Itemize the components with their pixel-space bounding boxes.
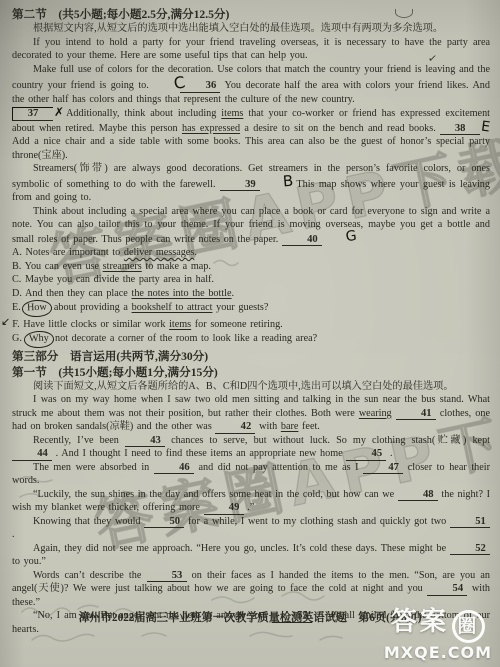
cloze-blank-37: 37 bbox=[12, 107, 53, 121]
handwritten-mark: B bbox=[261, 174, 293, 190]
brand-circle-icon: 圈 bbox=[452, 610, 485, 643]
text-run: Additionally, think about including bbox=[66, 108, 221, 119]
text-run: chances to serve, but without luck. So m… bbox=[165, 435, 490, 446]
answer-site-watermark: 答案圈 MXQE.COM bbox=[384, 605, 492, 662]
paragraph: C. Maybe you can divide the party area i… bbox=[12, 273, 490, 287]
cloze-blank-41: 41 bbox=[396, 408, 436, 421]
paragraph: Again, they did not see me approach. “He… bbox=[12, 542, 490, 569]
text-run: . bbox=[194, 247, 197, 258]
paragraph: A. Notes are important to deliver messag… bbox=[12, 246, 490, 260]
handwritten-mark: ✗ bbox=[54, 106, 64, 120]
handwritten-mark: G bbox=[324, 229, 357, 247]
text-run: B. You can even use bbox=[12, 261, 103, 272]
paragraph: “Luckily, the sun shines in the day and … bbox=[12, 488, 490, 515]
text-run: Think about including a special area whe… bbox=[12, 206, 490, 245]
text-run: “Luckily, the sun shines in the day and … bbox=[33, 489, 398, 500]
brand-name: 答案圈 bbox=[384, 605, 492, 643]
text-run: Words can’t describe the bbox=[33, 570, 147, 581]
text-run: Add a nice chair and a side table with s… bbox=[12, 136, 490, 161]
text-run: . bbox=[232, 288, 235, 299]
paragraph: D. And then they can place the notes int… bbox=[12, 287, 490, 301]
text-run: not decorate a corner of the room to loo… bbox=[51, 333, 317, 344]
brand-text: 答案 bbox=[391, 607, 449, 637]
text-run: to you.” bbox=[12, 556, 46, 567]
paragraph: Think about including a special area whe… bbox=[12, 205, 490, 247]
cloze-blank-52: 52 bbox=[450, 543, 490, 556]
section-heading: 第二节 (共5小题;每小题2.5分,满分12.5分) bbox=[12, 7, 490, 22]
paragraph: B. You can even use streamers to make a … bbox=[12, 260, 490, 274]
text-run: . And I thought I need to find these ite… bbox=[52, 448, 346, 459]
text-run: If you intend to hold a party for your f… bbox=[12, 37, 490, 62]
handwritten-mark: ↙ bbox=[1, 315, 10, 329]
text-run: . bbox=[12, 529, 15, 540]
section-heading: 第三部分 语言运用(共两节,满分30分) bbox=[12, 349, 490, 364]
cloze-blank-40: 40 bbox=[282, 234, 322, 247]
paragraph: ↙F. Have little clocks or similar work i… bbox=[12, 317, 490, 332]
text-run: and did not pay attention to me as I bbox=[194, 462, 363, 473]
text-run: 根据短文内容,从短文后的选项中选出能填入空白处的最佳选项。选项中有两项为多余选项… bbox=[33, 23, 443, 34]
text-run: for a while, I went to my clothing stash… bbox=[184, 516, 450, 527]
text-run: Recently, I’ve been bbox=[33, 435, 125, 446]
paragraph: Streamers(饰带) are always good decoration… bbox=[12, 162, 490, 205]
cloze-blank-39: 39 bbox=[220, 179, 260, 192]
underlined-text: wearing bbox=[359, 408, 392, 419]
paragraph: The men were absorbed in 46 and did not … bbox=[12, 461, 490, 488]
cloze-blank-43: 43 bbox=[125, 435, 165, 448]
text-run: feet. bbox=[298, 421, 319, 432]
paragraph: Make full use of colors for the decorati… bbox=[12, 63, 490, 107]
cloze-blank-45: 45 bbox=[346, 448, 386, 461]
underlined-text: has expressed bbox=[182, 123, 240, 134]
cloze-blank-42: 42 bbox=[215, 421, 255, 434]
paragraph: 根据短文内容,从短文后的选项中选出能填入空白处的最佳选项。选项中有两项为多余选项… bbox=[12, 22, 490, 36]
paragraph: If you intend to hold a party for your f… bbox=[12, 36, 490, 63]
underlined-text: streamers bbox=[103, 261, 142, 272]
pen-check-icon: ✓ bbox=[427, 51, 438, 65]
text-run: Again, they did not see me approach. “He… bbox=[33, 543, 450, 554]
cloze-blank-47: 47 bbox=[363, 462, 403, 475]
cloze-blank-50: 50 bbox=[144, 516, 184, 529]
text-run: . bbox=[386, 448, 392, 459]
text-run: for someone retiring. bbox=[191, 319, 283, 330]
text-run: F. Have little clocks or similar work bbox=[12, 319, 169, 330]
cloze-blank-44: 44 bbox=[12, 448, 52, 461]
wavy-underlined-text: deliver messages bbox=[124, 247, 194, 258]
section-heading: 第一节 (共15小题;每小题1分,满分15分) bbox=[12, 365, 490, 380]
paragraph: G. Why not decorate a corner of the room… bbox=[12, 331, 490, 348]
text-run: D. And then they can place bbox=[12, 288, 131, 299]
text-run: C. Maybe you can divide the party area i… bbox=[12, 274, 214, 285]
cloze-blank-49: 49 bbox=[204, 502, 244, 515]
paragraph: I was on my way home when I saw two old … bbox=[12, 393, 490, 434]
cloze-blank-54: 54 bbox=[427, 583, 467, 596]
scanned-exam-page: 答案圈APP下载 答案圈APP下载 第二节 (共5小题;每小题2.5分,满分12… bbox=[0, 0, 500, 667]
cloze-blank-51: 51 bbox=[450, 516, 490, 529]
underlined-text: items bbox=[169, 319, 191, 330]
underlined-text: bare bbox=[281, 421, 299, 432]
document-body: 第二节 (共5小题;每小题2.5分,满分12.5分)根据短文内容,从短文后的选项… bbox=[12, 6, 490, 636]
text-run: to make a map. bbox=[142, 261, 211, 272]
cloze-blank-48: 48 bbox=[398, 489, 438, 502]
text-run: A. Notes are important to bbox=[12, 247, 124, 258]
pen-circled-word: How bbox=[22, 299, 52, 317]
text-run: about providing a bbox=[50, 302, 131, 313]
brand-site-url: MXQE.COM bbox=[384, 643, 492, 662]
handwritten-mark: C bbox=[152, 75, 186, 94]
paragraph: 阅读下面短文,从短文后各题所给的A、B、C和D四个选项中,选出可以填入空白处的最… bbox=[12, 380, 490, 394]
text-run: with bbox=[255, 421, 280, 432]
text-run: a desire to sit on the bench and read bo… bbox=[240, 123, 440, 134]
cloze-blank-46: 46 bbox=[154, 462, 194, 475]
underlined-text: bookshelf to attract bbox=[132, 302, 213, 313]
cloze-blank-38: 38 bbox=[440, 123, 480, 136]
handwritten-mark: E bbox=[480, 120, 491, 135]
text-run: .” bbox=[244, 502, 255, 513]
text-run: 阅读下面短文,从短文后各题所给的A、B、C和D四个选项中,选出可以填入空白处的最… bbox=[33, 381, 454, 392]
paragraph: E. How about providing a bookshelf to at… bbox=[12, 300, 490, 317]
pen-circled-word: Why bbox=[23, 330, 53, 348]
cloze-blank-53: 53 bbox=[147, 570, 187, 583]
paragraph: Recently, I’ve been 43 chances to serve,… bbox=[12, 434, 490, 461]
text-run: Knowing that they would bbox=[33, 516, 144, 527]
underlined-text: items bbox=[221, 108, 243, 119]
text-run: The men were absorbed in bbox=[33, 462, 154, 473]
paragraph: Words can’t describe the 53 on their fac… bbox=[12, 569, 490, 610]
text-run: your guests? bbox=[212, 302, 268, 313]
underlined-text: the notes into the bottle bbox=[131, 288, 231, 299]
paragraph: Knowing that they would 50 for a while, … bbox=[12, 515, 490, 542]
paragraph: 37✗Additionally, think about including i… bbox=[12, 106, 490, 162]
